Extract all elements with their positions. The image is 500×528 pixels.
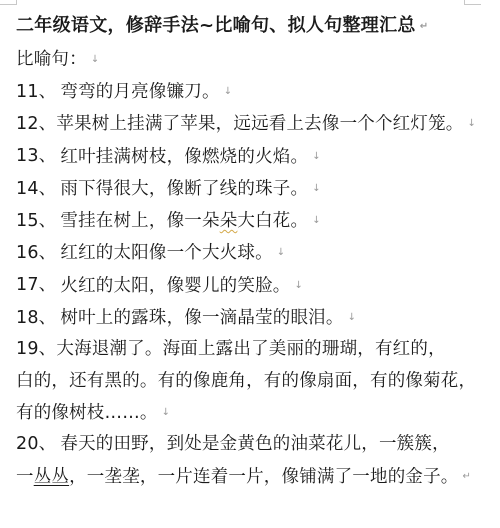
list-item-18: 18、树叶上的露珠，像一滴晶莹的眼泪。↓ — [16, 302, 496, 334]
list-item-16: 16、红红的太阳像一个大火球。↓ — [16, 237, 496, 269]
item-number: 13、 — [16, 146, 56, 166]
list-item-20: 20、春天的田野，到处是金黄色的油菜花儿，一簇簇， 一丛丛，一垄垄，一片连着一片… — [16, 429, 496, 493]
spellcheck-flagged-text: 朵 — [220, 211, 238, 231]
section-heading: 比喻句：↓ — [16, 43, 496, 77]
document-title: 二年级语文，修辞手法~比喻句、拟人句整理汇总↵ — [16, 9, 496, 43]
list-item-11: 11、弯弯的月亮像镰刀。↓ — [16, 76, 496, 108]
item-number: 18、 — [16, 308, 56, 328]
item-number: 12、 — [16, 114, 56, 134]
item-text: 树叶上的露珠，像一滴晶莹的眼泪。 — [60, 308, 343, 328]
line-break-mark-icon: ↓ — [348, 312, 357, 323]
document-body: 二年级语文，修辞手法~比喻句、拟人句整理汇总↵ 比喻句：↓ 11、弯弯的月亮像镰… — [16, 9, 496, 493]
line-break-mark-icon: ↓ — [162, 407, 171, 418]
item-number: 16、 — [16, 243, 56, 263]
item-number: 17、 — [16, 275, 56, 295]
list-item-12: 12、苹果树上挂满了苹果，远远看上去像一个个红灯笼。↓ — [16, 108, 496, 140]
line-break-mark-icon: ↓ — [294, 280, 303, 291]
document-title-text: 二年级语文，修辞手法~比喻句、拟人句整理汇总 — [16, 15, 416, 36]
line-break-mark-icon: ↓ — [467, 118, 476, 129]
item-line: 20、春天的田野，到处是金黄色的油菜花儿，一簇簇， — [16, 429, 496, 461]
item-line: 有的像树枝……。↓ — [16, 397, 496, 429]
section-heading-text: 比喻句： — [16, 49, 87, 69]
page-corner-mark-top-right — [464, 0, 481, 5]
item-text: 雪挂在树上，像一朵 — [60, 211, 219, 231]
item-number: 14、 — [16, 179, 56, 199]
item-line: 19、大海退潮了。海面上露出了美丽的珊瑚，有红的， — [16, 334, 496, 366]
list-item-17: 17、火红的太阳，像婴儿的笑脸。↓ — [16, 270, 496, 302]
item-text: 雨下得很大，像断了线的珠子。 — [60, 179, 308, 199]
item-line: 白的，还有黑的。有的像鹿角，有的像扇面，有的像菊花， — [16, 366, 496, 398]
item-text: 红红的太阳像一个大火球。 — [60, 243, 272, 263]
item-text: 火红的太阳，像婴儿的笑脸。 — [60, 275, 290, 295]
line-break-mark-icon: ↓ — [312, 183, 321, 194]
line-break-mark-icon: ↓ — [277, 247, 286, 258]
item-text-end: 大白花。 — [237, 211, 308, 231]
item-number: 15、 — [16, 211, 56, 231]
item-text: 红叶挂满树枝，像燃烧的火焰。 — [60, 146, 308, 166]
item-text: 苹果树上挂满了苹果，远远看上去像一个个红灯笼。 — [56, 114, 463, 134]
paragraph-mark-icon: ↵ — [420, 21, 429, 32]
item-text: 有的像树枝……。 — [16, 403, 158, 423]
item-text-end: ，一垄垄，一片连着一片，像铺满了一地的金子。 — [69, 467, 458, 487]
item-text: 弯弯的月亮像镰刀。 — [60, 82, 219, 102]
paragraph-mark-icon: ↵ — [463, 471, 472, 482]
list-item-19: 19、大海退潮了。海面上露出了美丽的珊瑚，有红的， 白的，还有黑的。有的像鹿角，… — [16, 334, 496, 429]
item-number: 20、 — [16, 434, 56, 454]
item-line: 一丛丛，一垄垄，一片连着一片，像铺满了一地的金子。↵ — [16, 461, 496, 493]
item-text: 一 — [16, 467, 34, 487]
item-text: 大海退潮了。海面上露出了美丽的珊瑚，有红的， — [56, 339, 445, 359]
item-number: 11、 — [16, 82, 56, 102]
line-break-mark-icon: ↓ — [312, 215, 321, 226]
list-item-15: 15、雪挂在树上，像一朵朵大白花。↓ — [16, 205, 496, 237]
page-corner-mark-top-left — [0, 0, 17, 5]
line-break-mark-icon: ↓ — [91, 54, 100, 65]
underlined-text: 丛丛 — [34, 467, 69, 487]
line-break-mark-icon: ↓ — [312, 151, 321, 162]
line-break-mark-icon: ↓ — [224, 86, 233, 97]
item-text: 春天的田野，到处是金黄色的油菜花儿，一簇簇， — [60, 434, 449, 454]
item-text: 白的，还有黑的。有的像鹿角，有的像扇面，有的像菊花， — [16, 371, 476, 391]
list-item-13: 13、红叶挂满树枝，像燃烧的火焰。↓ — [16, 141, 496, 173]
item-number: 19、 — [16, 339, 56, 359]
list-item-14: 14、雨下得很大，像断了线的珠子。↓ — [16, 173, 496, 205]
